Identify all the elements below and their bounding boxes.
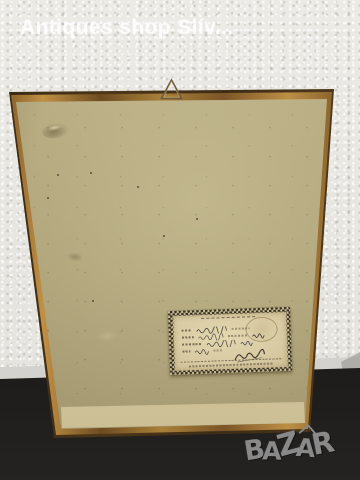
label-line [182,347,223,355]
label-printed-text [182,343,202,346]
label-printed-text [231,327,249,330]
label-printed-text [181,329,191,331]
backing-dent [65,251,84,263]
label-printed-text [182,350,190,352]
label-printed-text [181,336,193,338]
backing-speck [90,172,92,174]
label-handwriting-date [239,339,252,346]
bazar-logo: B A Z A R [243,427,336,465]
backing-smudge [95,329,118,343]
label-signature [231,347,266,365]
backing-speck [137,186,139,188]
certificate-label [168,307,292,375]
triangle-hanger-icon [158,77,185,102]
bazar-logo-letter: R [309,427,336,460]
label-handwriting [251,331,264,338]
backing-speck [196,218,198,220]
label-fine-print [188,363,273,368]
backing-speck [47,197,49,199]
label-printed-text [213,349,223,351]
backing-speck [92,300,94,302]
certificate-label-paper [173,312,288,371]
antique-listing-photo: Antiques shop Slív... B A Z A R [0,0,360,480]
label-header-rule [201,316,255,319]
label-handwriting [194,347,209,355]
label-printed-text [227,334,247,337]
backing-speck [57,174,59,176]
shop-name-watermark: Antiques shop Slív... [20,16,233,40]
backing-dent [41,119,72,140]
backing-speck [163,235,165,237]
